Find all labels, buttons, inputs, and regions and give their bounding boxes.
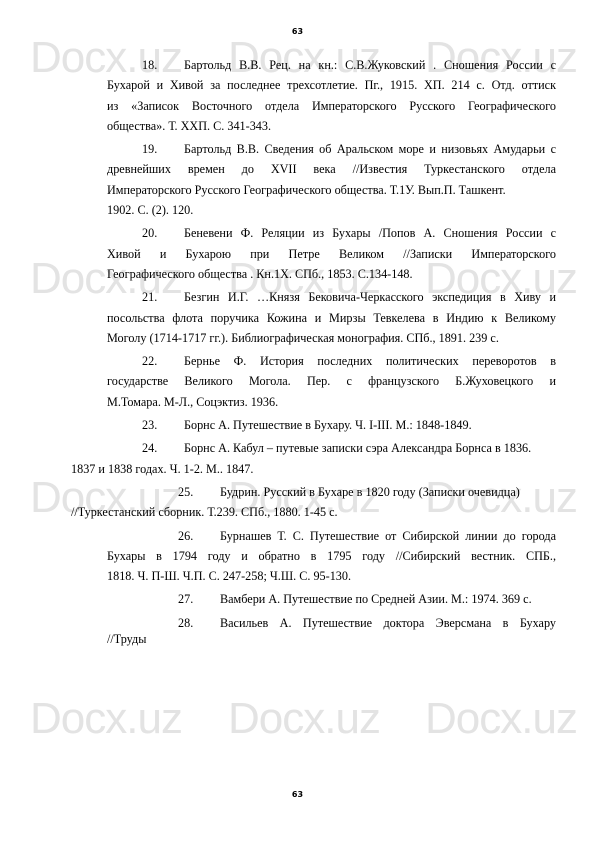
watermark: Docx.uz [228,697,380,741]
bibliography-entry: 19.Бартольд В.В. Сведения об Аральском м… [107,139,556,220]
entry-number: 23. [142,415,184,435]
entry-text: Бартольд В.В. Рец. на кн.: С.В.Жуковский… [184,58,556,72]
bibliography-entry: 24.Борнс А. Кабул – путевые записки сэра… [107,438,556,479]
entry-text: Бухары в 1794 году и обратно в 1795 году… [107,546,556,566]
entry-text: 1837 и 1838 годах. Ч. 1-2. М.. 1847. [71,459,556,479]
entry-number: 24. [142,438,184,458]
bibliography-entry: 25.Будрин. Русский в Бухаре в 1820 году … [107,482,556,523]
entry-text: посольства флота поручика Кожина и Мирзы… [107,308,556,328]
entry-text: Безгин И.Г. …Князя Бековича-Черкасского … [184,290,556,304]
entry-number: 20. [142,223,184,243]
bibliography-entry: 27.Вамбери А. Путешествие по Средней Ази… [107,589,556,609]
entry-number: 27. [178,589,220,609]
entry-text: Бухарой и Хивой за последнее трехсотлети… [107,75,556,95]
entry-number: 19. [142,139,184,159]
watermark: Docx.uz [425,697,577,741]
entry-text: Бартольд В.В. Сведения об Аральском море… [184,142,556,156]
bibliography-entry: 18.Бартольд В.В. Рец. на кн.: С.В.Жуковс… [107,55,556,136]
entry-text: Императорского Русского Географического … [107,180,556,200]
entry-text: Моголу (1714-1717 гг.). Библиографическа… [107,328,556,348]
bibliography-entry: 23.Борнс А. Путешествие в Бухару. Ч. I-I… [107,415,556,435]
entry-number: 21. [142,287,184,307]
entry-text: Вамбери А. Путешествие по Средней Азии. … [220,592,532,606]
entry-number: 18. [142,55,184,75]
bibliography-entry: 28.Васильев А. Путешествие доктора Эверс… [107,613,556,645]
bibliography-entry: 22.Бернье Ф. История последних политичес… [107,351,556,412]
entry-text: из «Записок Восточного отдела Императорс… [107,96,556,116]
bibliography-entry: 26.Бурнашев Т. С. Путешествие от Сибирск… [107,526,556,587]
entry-text: Хивой и Бухарою при Петре Великом //Запи… [107,244,556,264]
entry-text: общества». Т. ХХП. С. 341-343. [107,116,556,136]
page-number-top: 63 [0,27,595,36]
entry-number: 22. [142,351,184,371]
bibliography-entry: 20.Беневени Ф. Реляции из Бухары /Попов … [107,223,556,284]
entry-number: 25. [178,482,220,502]
entry-text: Бернье Ф. История последних политических… [184,354,556,368]
entry-text: Борнс А. Кабул – путевые записки сэра Ал… [184,441,531,455]
entry-text: древнейших времен до XVII века //Извести… [107,159,556,179]
entry-text: //Туркестанский сборник. Т.239. СПб., 18… [71,502,556,522]
entry-text: Географического общества . Кн.1Х. СПб., … [107,264,556,284]
entry-number: 28. [178,613,220,633]
entry-text: Будрин. Русский в Бухаре в 1820 году (За… [220,485,520,499]
entry-text: 1818. Ч. П-Ш. Ч.П. С. 247-258; Ч.Ш. С. 9… [107,566,556,586]
entry-text: Беневени Ф. Реляции из Бухары /Попов А. … [184,226,556,240]
entry-text: Борнс А. Путешествие в Бухару. Ч. I-III.… [184,418,472,432]
entry-text: Васильев А. Путешествие доктора Эверсман… [220,616,556,630]
watermark: Docx.uz [30,697,182,741]
entry-text: М.Томара. М-Л., Соцэктиз. 1936. [107,392,556,412]
entry-text: //Труды [107,633,556,645]
entry-text: Бурнашев Т. С. Путешествие от Сибирской … [220,529,556,543]
entry-number: 26. [178,526,220,546]
entry-text: 1902. С. (2). 120. [107,200,556,220]
page-number-bottom: 63 [0,790,595,799]
bibliography-entry: 21.Безгин И.Г. …Князя Бековича-Черкасско… [107,287,556,348]
bibliography-list: 18.Бартольд В.В. Рец. на кн.: С.В.Жуковс… [107,55,556,648]
entry-text: государстве Великого Могола. Пер. с фран… [107,371,556,391]
